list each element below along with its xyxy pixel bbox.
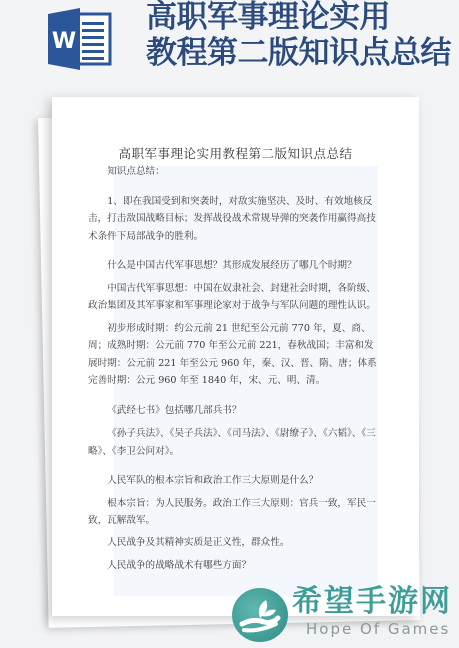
paragraph-ancient-thought: 中国古代军事思想：中国在奴隶社会、封建社会时期，各阶级、政治集团及其军事家和军事…	[88, 280, 378, 315]
paragraph-periods: 初步形成时期：约公元前 21 世纪至公元前 770 年，夏、商、周；成熟时期：公…	[88, 320, 378, 390]
header-title: 高职军事理论实用 教程第二版知识点总结	[146, 0, 459, 72]
paragraph-army: 根本宗旨：为人民服务。政治工作三大原则：官兵一致，军民一致，瓦解敌军。	[88, 495, 378, 530]
paragraph-summary-label: 知识点总结：	[88, 163, 378, 181]
document-body: 知识点总结： 1、即在我国受到和突袭时，对敌实施坚决、及时、有效地核反击，打击敌…	[88, 163, 378, 575]
header-title-line1: 高职军事理论实用	[146, 0, 459, 36]
document-title: 高职军事理论实用教程第二版知识点总结	[52, 144, 419, 162]
watermark-name-en: Hope Of Games	[306, 620, 450, 638]
paragraph-people-war: 人民战争及其精神实质是正义性，群众性。	[88, 534, 378, 552]
paragraph-question-strategy: 人民战争的战略战术有哪些方面？	[88, 557, 378, 575]
paragraph-seven-books: 《孙子兵法》、《吴子兵法》、《司马法》、《尉缭子》、《六韬》、《三略》、《李卫公…	[88, 425, 378, 460]
header-banner: W 高职军事理论实用 教程第二版知识点总结	[0, 0, 459, 80]
header-title-line2: 教程第二版知识点总结	[146, 36, 459, 72]
paragraph-question-army: 人民军队的根本宗旨和政治工作三大原则是什么？	[88, 472, 378, 490]
document-page: 高职军事理论实用教程第二版知识点总结 知识点总结： 1、即在我国受到和突袭时，对…	[52, 97, 419, 616]
paragraph-question-seven-books: 《武经七书》包括哪几部兵书？	[88, 402, 378, 420]
paragraph-question-ancient-thought: 什么是中国古代军事思想？其形成发展经历了哪几个时期？	[88, 257, 378, 275]
paragraph-1: 1、即在我国受到和突袭时，对敌实施坚决、及时、有效地核反击，打击敌国战略目标；发…	[88, 193, 378, 246]
watermark-logo: 希望手游网 Hope Of Games	[232, 584, 457, 644]
word-document-icon: W	[46, 8, 112, 70]
hand-leaf-logo-icon	[232, 588, 288, 642]
watermark-name-cn: 希望手游网	[292, 584, 452, 620]
svg-text:W: W	[52, 29, 76, 54]
